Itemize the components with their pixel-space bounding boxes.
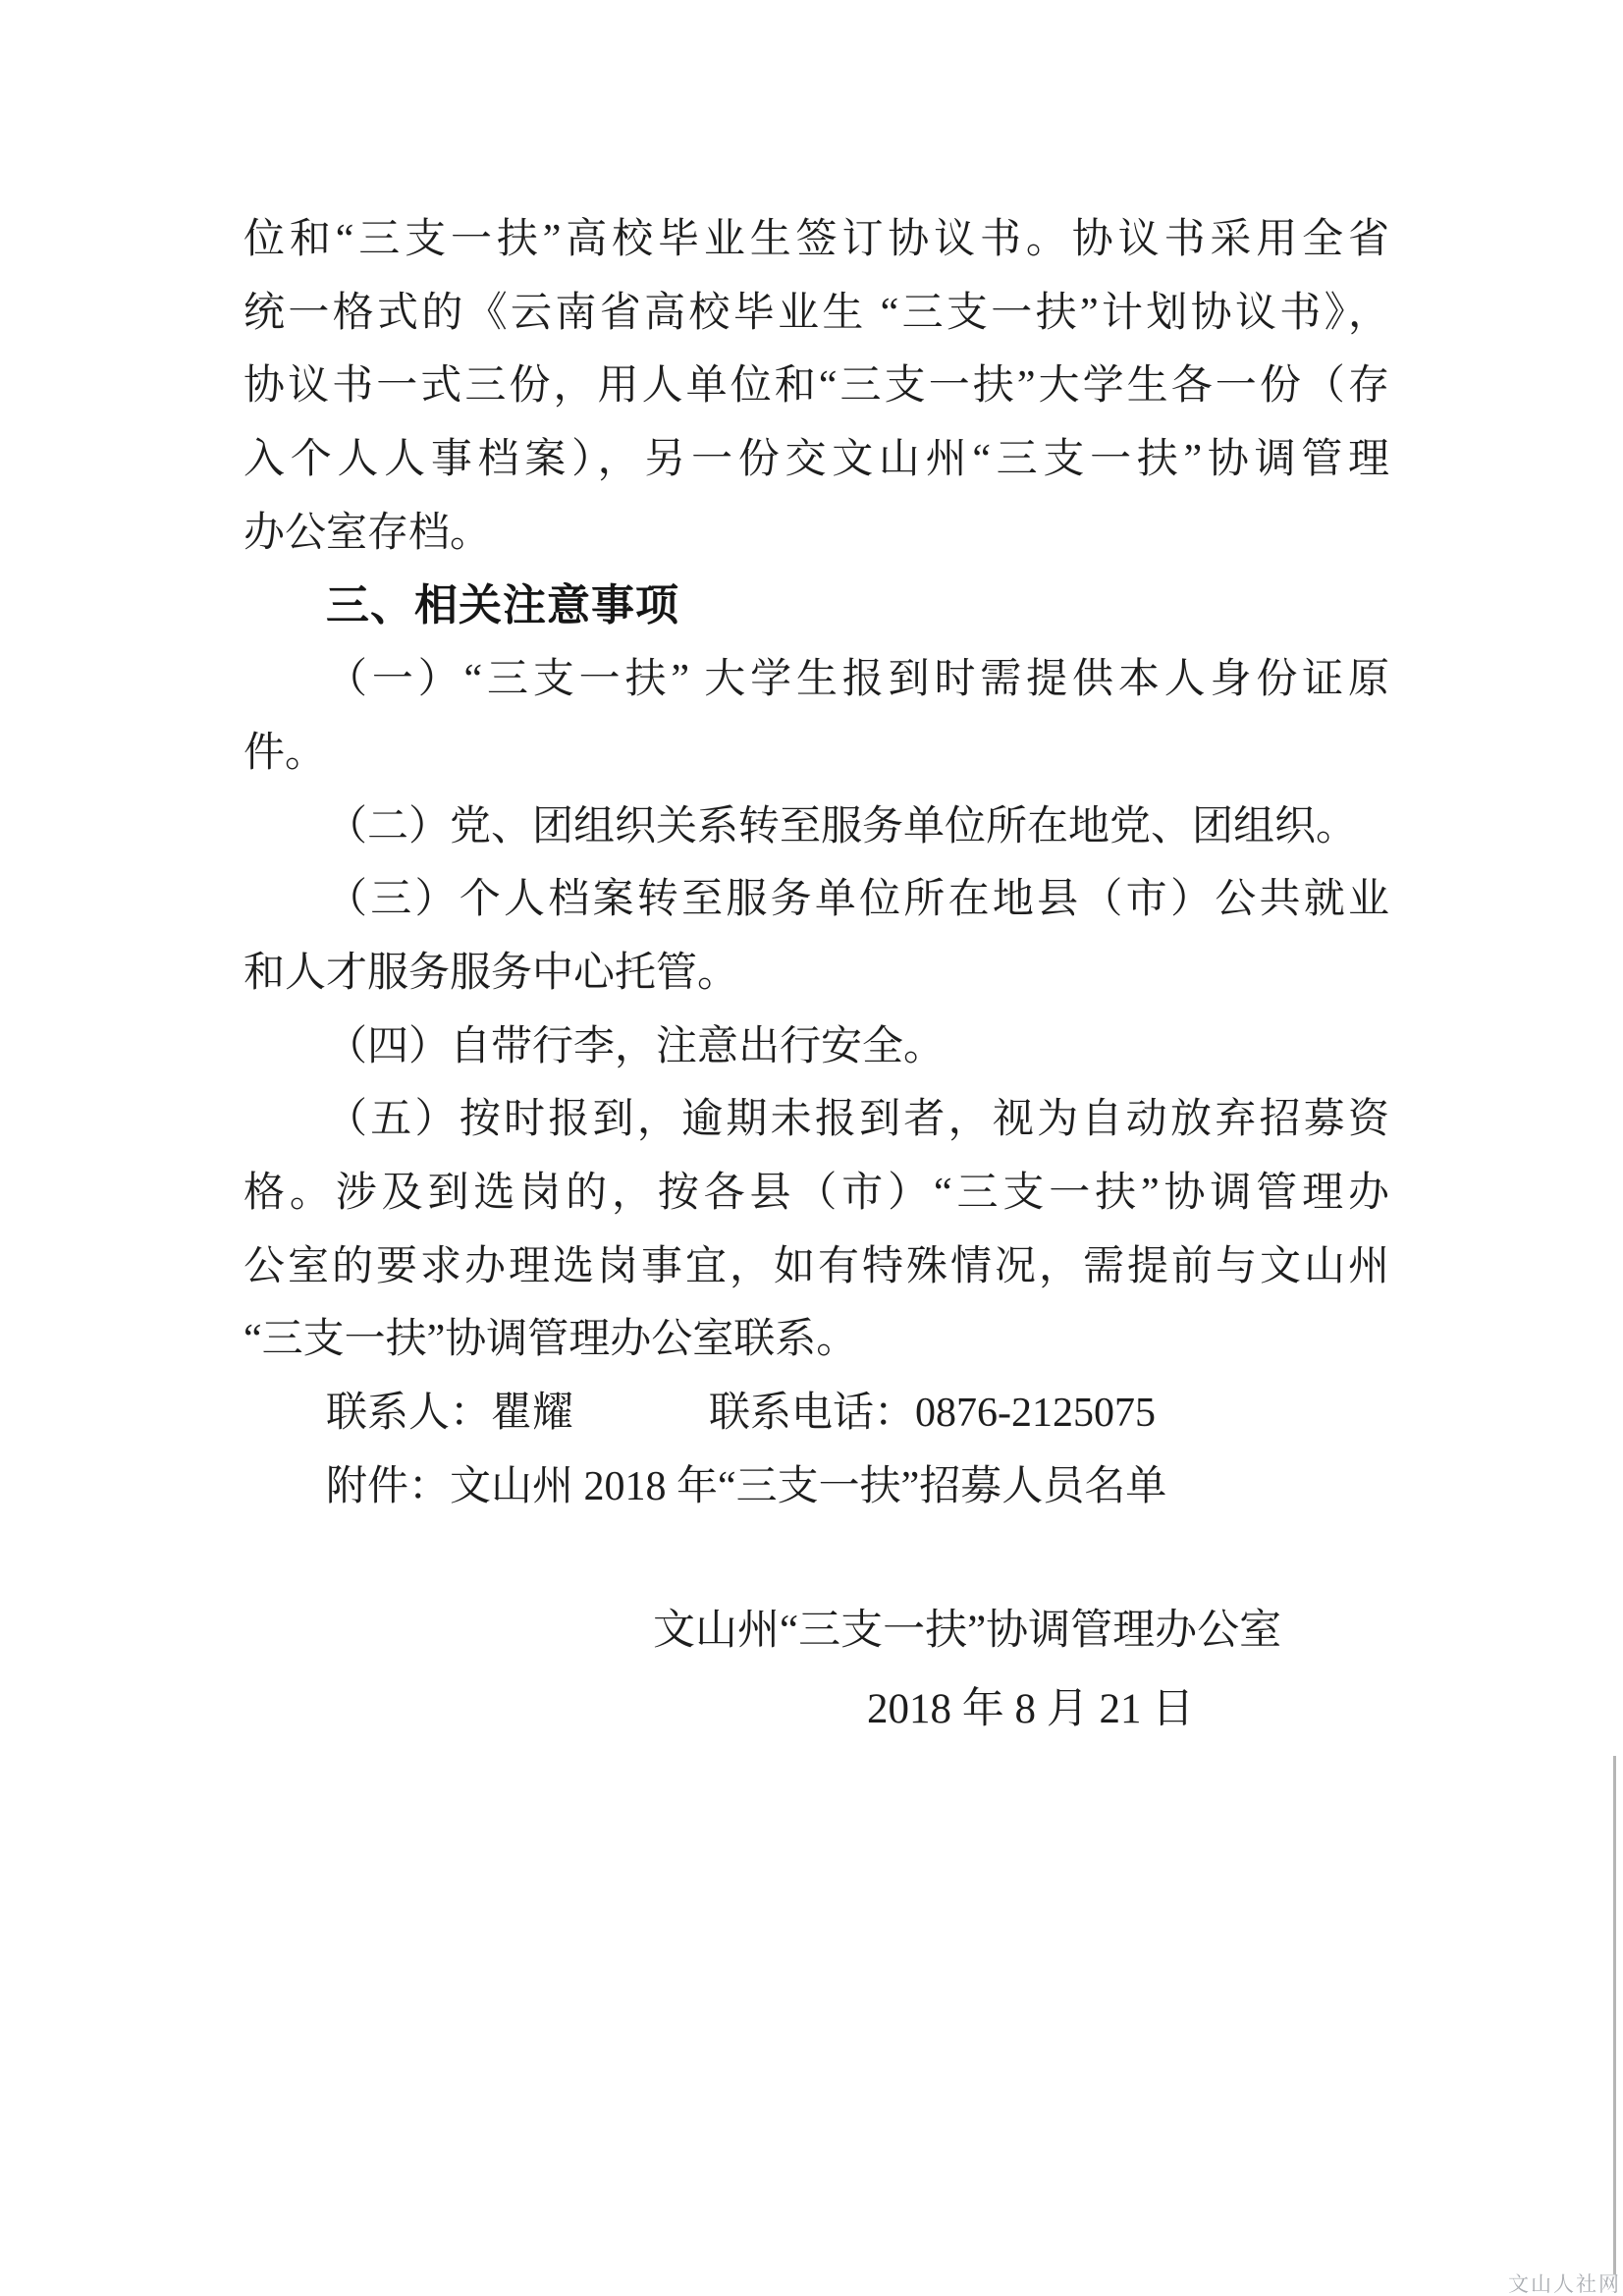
document-body: 位和“三支一扶”高校毕业生签订协议书。协议书采用全省 统一格式的《云南省高校毕业… [243,203,1389,1523]
body-line: （一）“三支一扶” 大学生报到时需提供本人身份证原 [243,643,1389,717]
scanned-document-page: 位和“三支一扶”高校毕业生签订协议书。协议书采用全省 统一格式的《云南省高校毕业… [0,0,1623,2296]
contact-phone: 联系电话：0876-2125075 [709,1391,1156,1436]
body-line: “三支一扶”协调管理办公室联系。 [243,1303,1389,1377]
body-line: 办公室存档。 [243,497,1389,571]
body-line: 件。 [243,717,1389,791]
body-line: 位和“三支一扶”高校毕业生签订协议书。协议书采用全省 [243,203,1389,277]
site-watermark: 文山人社网 [1508,2273,1621,2295]
body-line: 格。涉及到选岗的，按各县（市）“三支一扶”协调管理办 [243,1157,1389,1230]
contact-person: 联系人：瞿耀 [326,1391,573,1436]
signature-org: 文山州“三支一扶”协调管理办公室 [653,1607,1281,1656]
body-line: 公室的要求办理选岗事宜，如有特殊情况，需提前与文山州 [243,1230,1389,1304]
attachment-line: 附件：文山州 2018 年“三支一扶”招募人员名单 [243,1450,1389,1524]
contact-line: 联系人：瞿耀联系电话：0876-2125075 [243,1377,1389,1450]
signature-date: 2018 年 8 月 21 日 [867,1685,1194,1734]
body-line: 协议书一式三份，用人单位和“三支一扶”大学生各一份（存 [243,350,1389,423]
body-line: （五）按时报到，逾期未报到者，视为自动放弃招募资 [243,1083,1389,1157]
body-line: （四）自带行李，注意出行安全。 [243,1011,1389,1084]
body-line: 入个人人事档案），另一份交文山州“三支一扶”协调管理 [243,423,1389,497]
scan-artifact-line [1613,1756,1616,2274]
section-heading: 三、相关注意事项 [243,570,1389,643]
body-line: 统一格式的《云南省高校毕业生 “三支一扶”计划协议书》， [243,277,1389,351]
body-line: 和人才服务服务中心托管。 [243,937,1389,1011]
body-line: （二）党、团组织关系转至服务单位所在地党、团组织。 [243,791,1389,864]
body-line: （三）个人档案转至服务单位所在地县（市）公共就业 [243,863,1389,937]
